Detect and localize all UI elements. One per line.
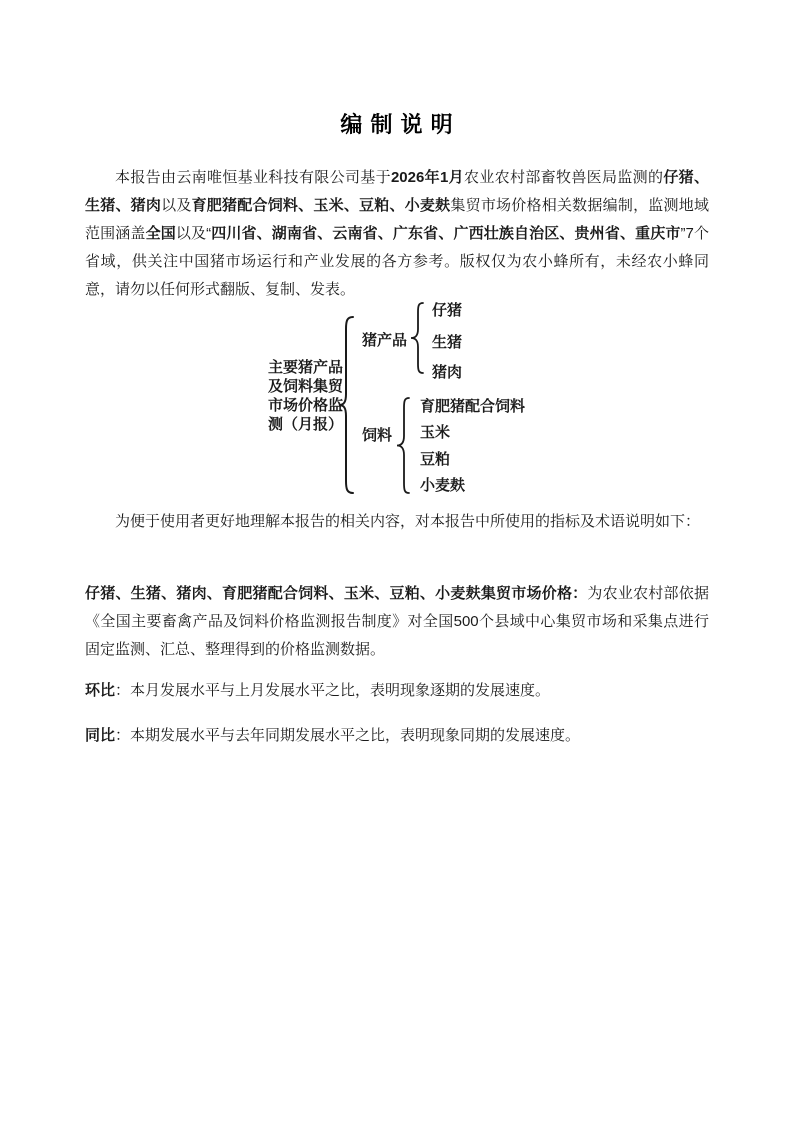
text-segment: 环比: [85, 682, 115, 699]
diagram-root-label-line: 及饲料集贸: [268, 377, 343, 396]
definition-market-price: 仔猪、生猪、猪肉、育肥猪配合饲料、玉米、豆粕、小麦麸集贸市场价格：为农业农村部依…: [85, 580, 709, 664]
terms-intro-paragraph: 为便于使用者更好地理解本报告的相关内容，对本报告中所使用的指标及术语说明如下：: [85, 508, 709, 536]
text-segment: 以及“: [176, 225, 211, 242]
curly-brace-icon: [396, 397, 410, 494]
text-segment: 2026年1月: [391, 169, 464, 186]
leaf-label-live-pig: 生猪: [432, 334, 462, 351]
document-title: 编 制 说 明: [0, 108, 794, 139]
text-segment: 以及: [161, 197, 191, 214]
diagram-root-label-line: 主要猪产品: [268, 358, 343, 377]
leaf-label-fattening-pig-feed: 育肥猪配合饲料: [420, 398, 525, 415]
curly-brace-icon: [338, 316, 354, 494]
text-segment: 农业农村部畜牧兽医局监测的: [464, 169, 663, 186]
text-segment: ：本月发展水平与上月发展水平之比，表明现象逐期的发展速度。: [115, 682, 550, 699]
branch-label-pig-products: 猪产品: [362, 332, 407, 349]
document-page: 编 制 说 明 本报告由云南唯恒基业科技有限公司基于2026年1月农业农村部畜牧…: [0, 0, 794, 1123]
text-segment: 全国: [146, 225, 176, 242]
curly-brace-icon: [410, 302, 424, 374]
text-segment: 育肥猪配合饲料、玉米、豆粕、小麦麸: [192, 197, 451, 214]
text-segment: ：本期发展水平与去年同期发展水平之比，表明现象同期的发展速度。: [115, 727, 580, 744]
definition-yoy: 同比：本期发展水平与去年同期发展水平之比，表明现象同期的发展速度。: [85, 722, 709, 750]
leaf-label-wheat-bran: 小麦麸: [420, 477, 465, 494]
intro-paragraph: 本报告由云南唯恒基业科技有限公司基于2026年1月农业农村部畜牧兽医局监测的仔猪…: [85, 164, 709, 304]
definition-mom: 环比：本月发展水平与上月发展水平之比，表明现象逐期的发展速度。: [85, 677, 709, 705]
text-segment: 仔猪、生猪、猪肉、育肥猪配合饲料、玉米、豆粕、小麦麸集贸市场价格：: [85, 585, 587, 602]
leaf-label-corn: 玉米: [420, 424, 450, 441]
branch-label-feed: 饲料: [362, 427, 392, 444]
text-segment: 四川省、湖南省、云南省、广东省、广西壮族自治区、贵州省、重庆市: [211, 225, 680, 242]
leaf-label-piglet: 仔猪: [432, 302, 462, 319]
diagram-root-label-line: 测（月报）: [268, 415, 343, 434]
text-segment: 本报告由云南唯恒基业科技有限公司基于: [115, 169, 391, 186]
text-segment: 为便于使用者更好地理解本报告的相关内容，对本报告中所使用的指标及术语说明如下：: [115, 513, 700, 530]
diagram-root-label-line: 市场价格监: [268, 396, 343, 415]
leaf-label-soybean-meal: 豆粕: [420, 451, 450, 468]
text-segment: 同比: [85, 727, 115, 744]
diagram-root-label: 主要猪产品 及饲料集贸 市场价格监 测（月报）: [268, 358, 343, 434]
leaf-label-pork: 猪肉: [432, 364, 462, 381]
